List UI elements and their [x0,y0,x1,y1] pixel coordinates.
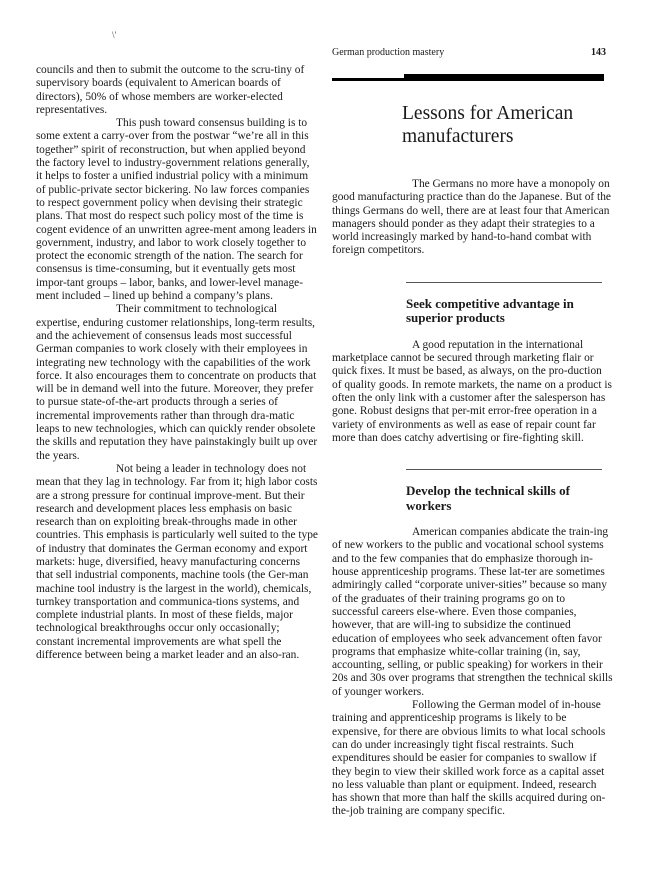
running-head-title: German production mastery [332,46,444,60]
body-paragraph: councils and then to submit the outcome … [36,64,318,117]
left-column: councils and then to submit the outcome … [36,64,318,662]
body-paragraph: Their commitment to technological expert… [36,303,318,463]
body-paragraph: A good reputation in the international m… [332,339,614,445]
body-paragraph: This push toward consensus building is t… [36,117,318,303]
section-heading: Seek competitive advantage in superior p… [406,297,614,326]
header-rule-thin [332,78,392,81]
intro-paragraph: The Germans no more have a monopoly on g… [332,178,614,258]
header-rule-thick [404,74,604,81]
stray-mark: \' [112,30,116,40]
section-heading: Develop the technical skills of workers [406,484,614,513]
page-number: 143 [591,46,614,60]
header-rule [332,66,614,86]
section-divider [406,469,602,470]
body-paragraph: Following the German model of in-house t… [332,699,614,819]
running-head: German production mastery 143 [332,46,614,60]
section-divider [406,282,602,283]
right-column: German production mastery 143 Lessons fo… [332,46,614,819]
body-paragraph: American companies abdicate the train-in… [332,526,614,699]
chapter-title: Lessons for American manufacturers [402,102,614,148]
body-paragraph: Not being a leader in technology does no… [36,463,318,662]
